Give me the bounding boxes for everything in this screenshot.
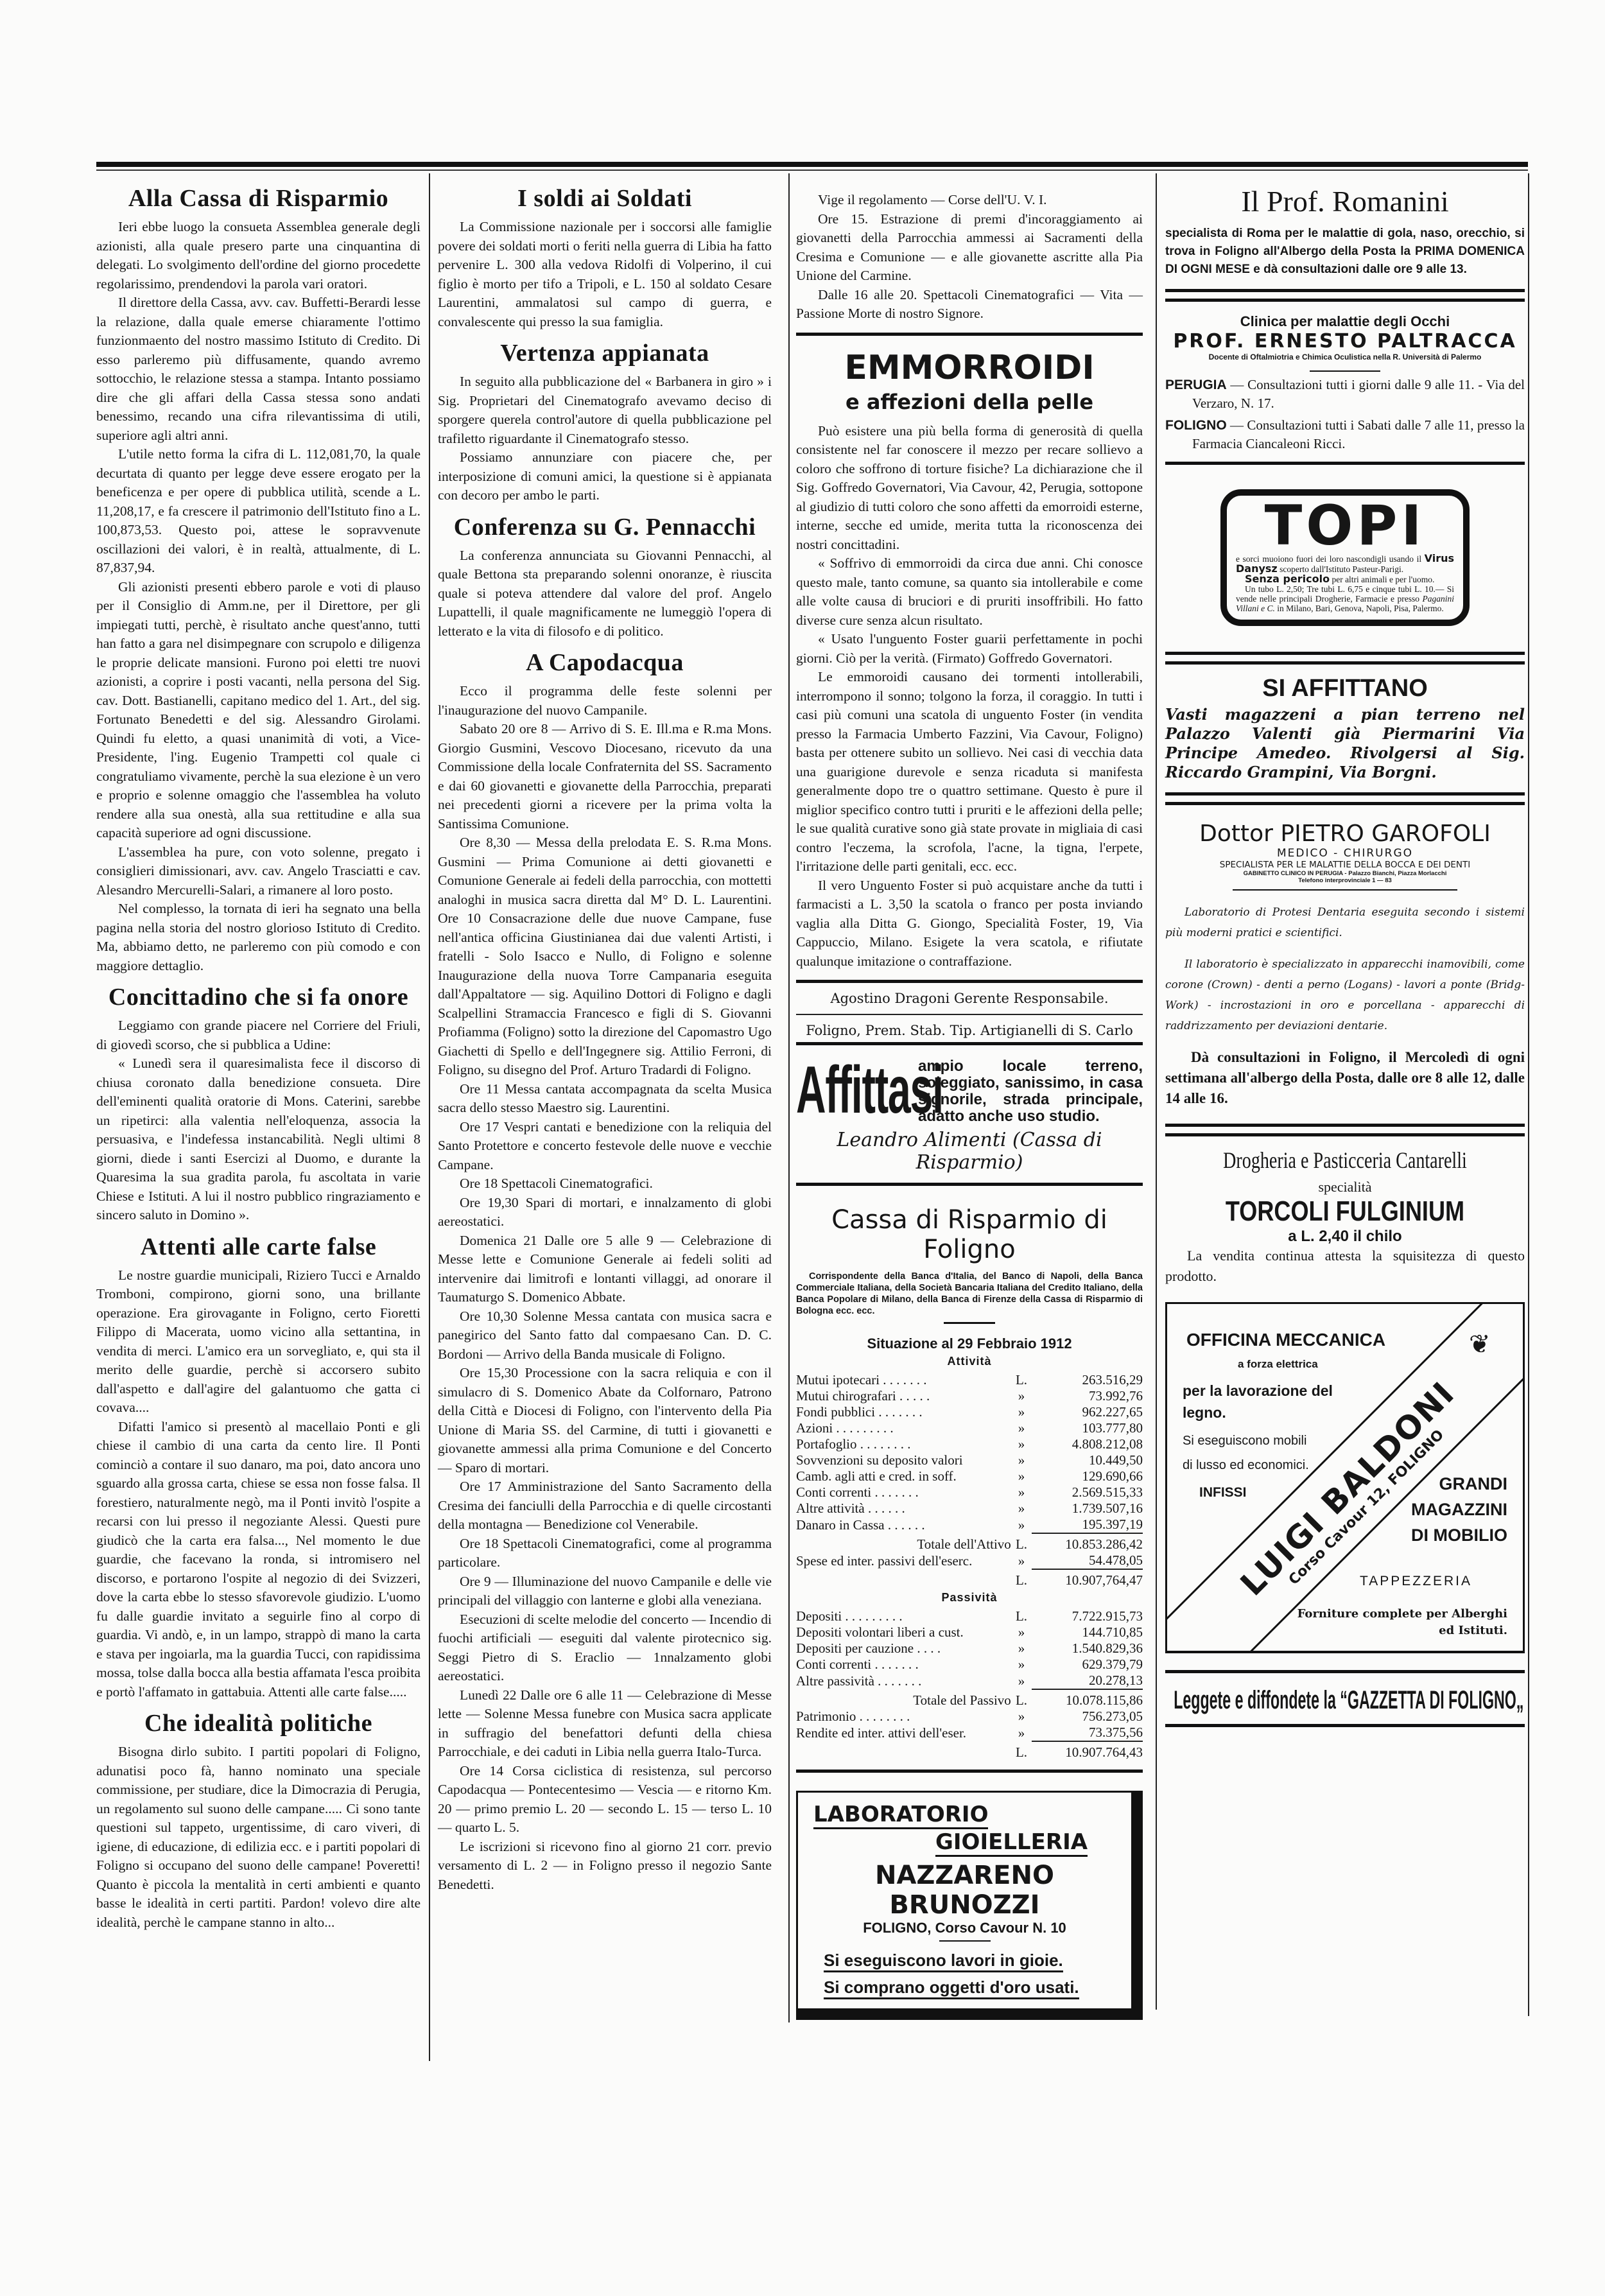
table-row: Rendite ed inter. attivi dell'eser.»73.3… xyxy=(796,1725,1143,1741)
table-row: Azioni . . . . . . . . .»103.777,80 xyxy=(796,1420,1143,1436)
paragraph: La vendita continua attesta la squisitez… xyxy=(1165,1246,1525,1287)
divider xyxy=(1165,462,1525,469)
correspondent-text: Corrispondente della Banca d'Italia, del… xyxy=(796,1271,1143,1317)
article-title: Attenti alle carte false xyxy=(96,1233,421,1261)
paragraph: Ore 17 Amministrazione del Santo Sacrame… xyxy=(438,1477,772,1535)
article-title: I soldi ai Soldati xyxy=(438,184,772,213)
ad-emmorroidi: EMMORROIDI e affezioni della pelle Può e… xyxy=(796,349,1143,971)
newspaper-page: Alla Cassa di Risparmio Ieri ebbe luogo … xyxy=(0,0,1605,2296)
article-soldi-soldati: I soldi ai Soldati La Commissione nazion… xyxy=(438,184,772,331)
double-divider xyxy=(1165,289,1525,302)
column-divider xyxy=(1156,173,1157,2010)
paragraph: Il vero Unguento Foster si può acquistar… xyxy=(796,876,1143,971)
paragraph: « Lunedì sera il quaresimalista fece il … xyxy=(96,1054,421,1225)
ad-infissi: INFISSI xyxy=(1199,1485,1247,1500)
paragraph: Ore 19,30 Spari di mortari, e innalzamen… xyxy=(438,1194,772,1231)
paragraph: Le nostre guardie municipali, Riziero Tu… xyxy=(96,1266,421,1418)
table-row: Sovvenzioni su deposito valori»10.449,50 xyxy=(796,1452,1143,1468)
paragraph: « Soffrivo di emmorroidi da circa due an… xyxy=(796,554,1143,630)
table-row: Portafoglio . . . . . . . .»4.808.212,08 xyxy=(796,1436,1143,1452)
paragraph: Bisogna dirlo subito. I partiti popolari… xyxy=(96,1743,421,1932)
ad-name: NAZZARENO BRUNOZZI xyxy=(813,1861,1116,1920)
double-divider xyxy=(1165,792,1525,805)
ornament-icon: ❦ xyxy=(1469,1330,1491,1359)
paragraph: Difatti l'amico si presentò al macellaio… xyxy=(96,1418,421,1702)
ad-price: a L. 2,40 il chilo xyxy=(1165,1228,1525,1246)
paragraph: Ore 14 Corsa ciclistica di resistenza, s… xyxy=(438,1762,772,1838)
ad-address: FOLIGNO, Corso Cavour N. 10 xyxy=(813,1920,1116,1936)
paragraph: Può esistere una più bella forma di gene… xyxy=(796,422,1143,555)
ad-grandi-magazzini: GRANDI MAGAZZINI DI MOBILIO xyxy=(1398,1471,1507,1548)
article-carte-false: Attenti alle carte false Le nostre guard… xyxy=(96,1233,421,1702)
ad-title: EMMORROIDI xyxy=(796,349,1143,387)
top-rule xyxy=(96,162,1528,167)
paragraph: La conferenza annunciata su Giovanni Pen… xyxy=(438,546,772,641)
ad-text: ampio locale terreno, soleggiato, saniss… xyxy=(918,1058,1143,1125)
ad-affittasi: Affittasi ampio locale terreno, soleggia… xyxy=(796,1058,1143,1174)
article-cassa-risparmio: Alla Cassa di Risparmio Ieri ebbe luogo … xyxy=(96,184,421,975)
divider xyxy=(796,333,1143,340)
ad-title: Dottor PIETRO GAROFOLI xyxy=(1165,821,1525,847)
table-row: Depositi volontari liberi a cust.»144.71… xyxy=(796,1624,1143,1640)
divider xyxy=(796,1183,1143,1190)
ad-subtitle: e affezioni della pelle xyxy=(796,390,1143,414)
divider xyxy=(796,1042,1143,1049)
ad-gabinetto: GABINETTO CLINICO IN PERUGIA - Palazzo B… xyxy=(1165,870,1525,877)
paragraph: Ore 9 — Illuminazione del nuovo Campanil… xyxy=(438,1572,772,1610)
paragraph: Il laboratorio è specializzato in appare… xyxy=(1165,954,1525,1036)
ad-si-affittano: SI AFFITTANO Vasti magazzeni a pian terr… xyxy=(1165,675,1525,782)
table-row: Mutui ipotecari . . . . . . .L.263.516,2… xyxy=(796,1372,1143,1388)
paragraph: « Usato l'unguento Foster guarii perfett… xyxy=(796,630,1143,668)
article-title: Che idealità politiche xyxy=(96,1709,421,1737)
top-rule-thin xyxy=(96,170,1528,171)
ad-forniture: Forniture complete per Alberghi ed Istit… xyxy=(1283,1606,1507,1639)
ad-title: TOPI xyxy=(1236,498,1454,553)
gazzetta-slogan: Leggete e diffondete la “GAZZETTA DI FOL… xyxy=(1174,1686,1516,1715)
statement-title: Cassa di Risparmio di Foligno xyxy=(796,1205,1143,1264)
paragraph: Esecuzioni di scelte melodie del concert… xyxy=(438,1610,772,1686)
paragraph: Leggiamo con grande piacere nel Corriere… xyxy=(96,1016,421,1054)
article-title: Alla Cassa di Risparmio xyxy=(96,184,421,213)
paragraph: Ore 11 Messa cantata accompagnata da sce… xyxy=(438,1080,772,1118)
paragraph: Lunedì 22 Dalle ore 6 alle 11 — Celebraz… xyxy=(438,1686,772,1762)
column-divider xyxy=(429,173,430,2061)
ad-officina: OFFICINA MECCANICA xyxy=(1186,1330,1385,1350)
table-row: Altre passività . . . . . . .»20.278,13 xyxy=(796,1673,1143,1689)
article-title: Concittadino che si fa onore xyxy=(96,983,421,1011)
ad-clinica-occhi: Clinica per malattie degli Occhi PROF. E… xyxy=(1165,313,1525,453)
table-row: Fondi pubblici . . . . . . .»962.227,65 xyxy=(796,1404,1143,1420)
divider xyxy=(1233,889,1457,891)
ad-title: Drogheria e Pasticceria Cantarelli xyxy=(1175,1147,1515,1174)
ad-title: Il Prof. Romanini xyxy=(1165,184,1525,218)
ad-contact: Leandro Alimenti (Cassa di Risparmio) xyxy=(796,1129,1143,1174)
column-divider xyxy=(1528,173,1529,2016)
paragraph: Il direttore della Cassa, avv. cav. Buff… xyxy=(96,293,421,445)
paragraph: Ore 17 Vespri cantati e benedizione con … xyxy=(438,1118,772,1175)
divider xyxy=(944,1322,995,1324)
ad-tappezzeria: TAPPEZZERIA xyxy=(1360,1574,1472,1589)
paragraph: Ore 8,30 — Messa della prelodata E. S. R… xyxy=(438,833,772,1080)
section-passivita: Passività xyxy=(796,1591,1143,1605)
ad-headline: Affittasi xyxy=(796,1058,868,1122)
paragraph: Vige il regolamento — Corse dell'U. V. I… xyxy=(796,191,1143,210)
column-3: Vige il regolamento — Corse dell'U. V. I… xyxy=(796,177,1143,2020)
paragraph: Gli azionisti presenti ebbero parole e v… xyxy=(96,578,421,843)
ad-role: MEDICO - CHIRURGO xyxy=(1165,847,1525,860)
paragraph: Dalle 16 alle 20. Spettacoli Cinematogra… xyxy=(796,286,1143,324)
ad-mobili: Si eseguiscono mobili di lusso ed econom… xyxy=(1183,1429,1317,1477)
divider xyxy=(1310,370,1380,372)
ad-note: Si eseguiscono lavori in gioie. xyxy=(824,1951,1063,1972)
paragraph: Sabato 20 ore 8 — Arrivo di S. E. Ill.ma… xyxy=(438,720,772,833)
gerente-responsabile: Agostino Dragoni Gerente Responsabile. xyxy=(796,987,1143,1010)
tipografia: Foligno, Prem. Stab. Tip. Artigianelli d… xyxy=(796,1019,1143,1042)
ad-note: Si comprano oggetti d'oro usati. xyxy=(824,1978,1079,1999)
ad-romanini: Il Prof. Romanini specialista di Roma pe… xyxy=(1165,184,1525,279)
table-row: Spese ed inter. passivi dell'eserc.»54.4… xyxy=(796,1552,1143,1569)
table-row: Conti correnti . . . . . . .»629.379,79 xyxy=(796,1657,1143,1673)
paragraph: Ore 10,30 Solenne Messa cantata con musi… xyxy=(438,1307,772,1364)
attivita-table: Mutui ipotecari . . . . . . .L.263.516,2… xyxy=(796,1372,1143,1588)
double-divider xyxy=(1165,1124,1525,1136)
ad-name: PROF. ERNESTO PALTRACCA xyxy=(1165,330,1525,352)
passivita-table: Depositi . . . . . . . . .L.7.722.915,73… xyxy=(796,1608,1143,1761)
table-row: Conti correnti . . . . . . .»2.569.515,3… xyxy=(796,1484,1143,1500)
article-concittadino: Concittadino che si fa onore Leggiamo co… xyxy=(96,983,421,1225)
section-attivita: Attività xyxy=(796,1355,1143,1368)
article-title: A Capodacqua xyxy=(438,648,772,677)
paragraph: Ore 15,30 Processione con la sacra reliq… xyxy=(438,1364,772,1477)
paragraph: Domenica 21 Dalle ore 5 alle 9 — Celebra… xyxy=(438,1231,772,1307)
table-row: Camb. agli atti e cred. in soff.»129.690… xyxy=(796,1468,1143,1484)
ad-line: LABORATORIO xyxy=(813,1802,988,1829)
paragraph: Laboratorio di Protesi Dentaria eseguita… xyxy=(1165,902,1525,943)
ad-line: Clinica per malattie degli Occhi xyxy=(1165,313,1525,330)
divider xyxy=(939,1940,991,1942)
double-divider xyxy=(1165,652,1525,665)
article-title: Conferenza su G. Pennacchi xyxy=(438,513,772,541)
table-row: Depositi . . . . . . . . .L.7.722.915,73 xyxy=(796,1608,1143,1624)
paragraph: Le emmoroidi causano dei tormenti intoll… xyxy=(796,668,1143,876)
ad-baldoni: OFFICINA MECCANICA a forza elettrica per… xyxy=(1165,1302,1525,1653)
divider xyxy=(796,980,1143,987)
divider xyxy=(796,1770,1143,1777)
capodacqua-continuation: Vige il regolamento — Corse dell'U. V. I… xyxy=(796,191,1143,324)
paragraph: Ore 15. Estrazione di premi d'incoraggia… xyxy=(796,210,1143,286)
total-row: Totale del PassivoL.10.078.115,86 xyxy=(796,1689,1143,1709)
ad-laboratorio-gioielleria: LABORATORIO GIOIELLERIA NAZZARENO BRUNOZ… xyxy=(796,1791,1143,2020)
table-row: Depositi per cauzione . . . .»1.540.829,… xyxy=(796,1640,1143,1657)
paragraph: Ore 18 Spettacoli Cinematografici, come … xyxy=(438,1535,772,1572)
paragraph: Ecco il programma delle feste solenni pe… xyxy=(438,682,772,720)
article-pennacchi: Conferenza su G. Pennacchi La conferenza… xyxy=(438,513,772,641)
paragraph: L'utile netto forma la cifra di L. 112,0… xyxy=(96,445,421,578)
column-4: Il Prof. Romanini specialista di Roma pe… xyxy=(1165,177,1525,1740)
paragraph: Ieri ebbe luogo la consueta Assemblea ge… xyxy=(96,218,421,293)
paragraph: L'assemblea ha pure, con voto solenne, p… xyxy=(96,843,421,900)
schedule-row: FOLIGNO — Consultazioni tutti i Sabati d… xyxy=(1165,416,1525,453)
paragraph: Ore 18 Spettacoli Cinematografici. xyxy=(438,1174,772,1194)
column-1: Alla Cassa di Risparmio Ieri ebbe luogo … xyxy=(96,177,421,1932)
ad-text: e sorci muoiono fuori dei loro nascondig… xyxy=(1236,553,1454,613)
column-divider xyxy=(788,173,790,2022)
article-title: Vertenza appianata xyxy=(438,339,772,367)
article-capodacqua: A Capodacqua Ecco il programma delle fes… xyxy=(438,648,772,1894)
paragraph: Possiamo annunziare con piacere che, per… xyxy=(438,448,772,505)
ad-specialty: SPECIALISTA PER LE MALATTIE DELLA BOCCA … xyxy=(1165,860,1525,870)
ad-telefono: Telefono interprovinciale 1 — 83 xyxy=(1165,877,1525,884)
ad-title: SI AFFITTANO xyxy=(1165,675,1525,702)
paragraph: Le iscrizioni si ricevono fino al giorno… xyxy=(438,1838,772,1895)
ad-cantarelli: Drogheria e Pasticceria Cantarelli speci… xyxy=(1165,1147,1525,1287)
table-row: Altre attività . . . . . .»1.739.507,16 xyxy=(796,1500,1143,1517)
ad-forza: a forza elettrica xyxy=(1238,1358,1318,1371)
situation-date: Situazione al 29 Febbraio 1912 xyxy=(796,1335,1143,1352)
divider xyxy=(1165,1670,1525,1677)
paragraph: In seguito alla pubblicazione del « Barb… xyxy=(438,372,772,448)
table-row: Danaro in Cassa . . . . . .»195.397,19 xyxy=(796,1517,1143,1533)
table-row: Patrimonio . . . . . . . .»756.273,05 xyxy=(796,1709,1143,1725)
ad-topi: TOPI e sorci muoiono fuori dei loro nasc… xyxy=(1220,489,1470,626)
schedule-row: PERUGIA — Consultazioni tutti i giorni d… xyxy=(1165,376,1525,412)
ad-docente: Docente di Oftalmiotria e Chimica Oculis… xyxy=(1165,352,1525,361)
article-vertenza: Vertenza appianata In seguito alla pubbl… xyxy=(438,339,772,505)
ad-lavorazione: per la lavorazione del legno. xyxy=(1183,1380,1343,1423)
article-idealita-politiche: Che idealità politiche Bisogna dirlo sub… xyxy=(96,1709,421,1932)
divider xyxy=(1165,1724,1525,1731)
total-row: Totale dell'AttivoL.10.853.286,42 xyxy=(796,1533,1143,1552)
ad-line: GIOIELLERIA xyxy=(935,1829,1088,1857)
divider xyxy=(796,1014,1143,1015)
column-2: I soldi ai Soldati La Commissione nazion… xyxy=(438,177,772,1894)
ad-garofoli: Dottor PIETRO GAROFOLI MEDICO - CHIRURGO… xyxy=(1165,821,1525,1109)
paragraph: Dà consultazioni in Foligno, il Mercoled… xyxy=(1165,1047,1525,1109)
paragraph: La Commissione nazionale per i soccorsi … xyxy=(438,218,772,331)
grand-total-row: L.10.907,764,47 xyxy=(796,1569,1143,1588)
ad-product: TORCOLI FULGINIUM xyxy=(1197,1196,1492,1228)
grand-total-row: L.10.907.764,43 xyxy=(796,1741,1143,1761)
ad-text: specialista di Roma per le malattie di g… xyxy=(1165,225,1525,279)
cassa-risparmio-statement: Cassa di Risparmio di Foligno Corrispond… xyxy=(796,1205,1143,1761)
paragraph: Nel complesso, la tornata di ieri ha seg… xyxy=(96,900,421,975)
ad-text: Vasti magazzeni a pian terreno nel Palaz… xyxy=(1165,705,1525,782)
table-row: Mutui chirografari . . . . .»73.992,76 xyxy=(796,1388,1143,1404)
ad-specialita: specialità xyxy=(1165,1179,1525,1196)
